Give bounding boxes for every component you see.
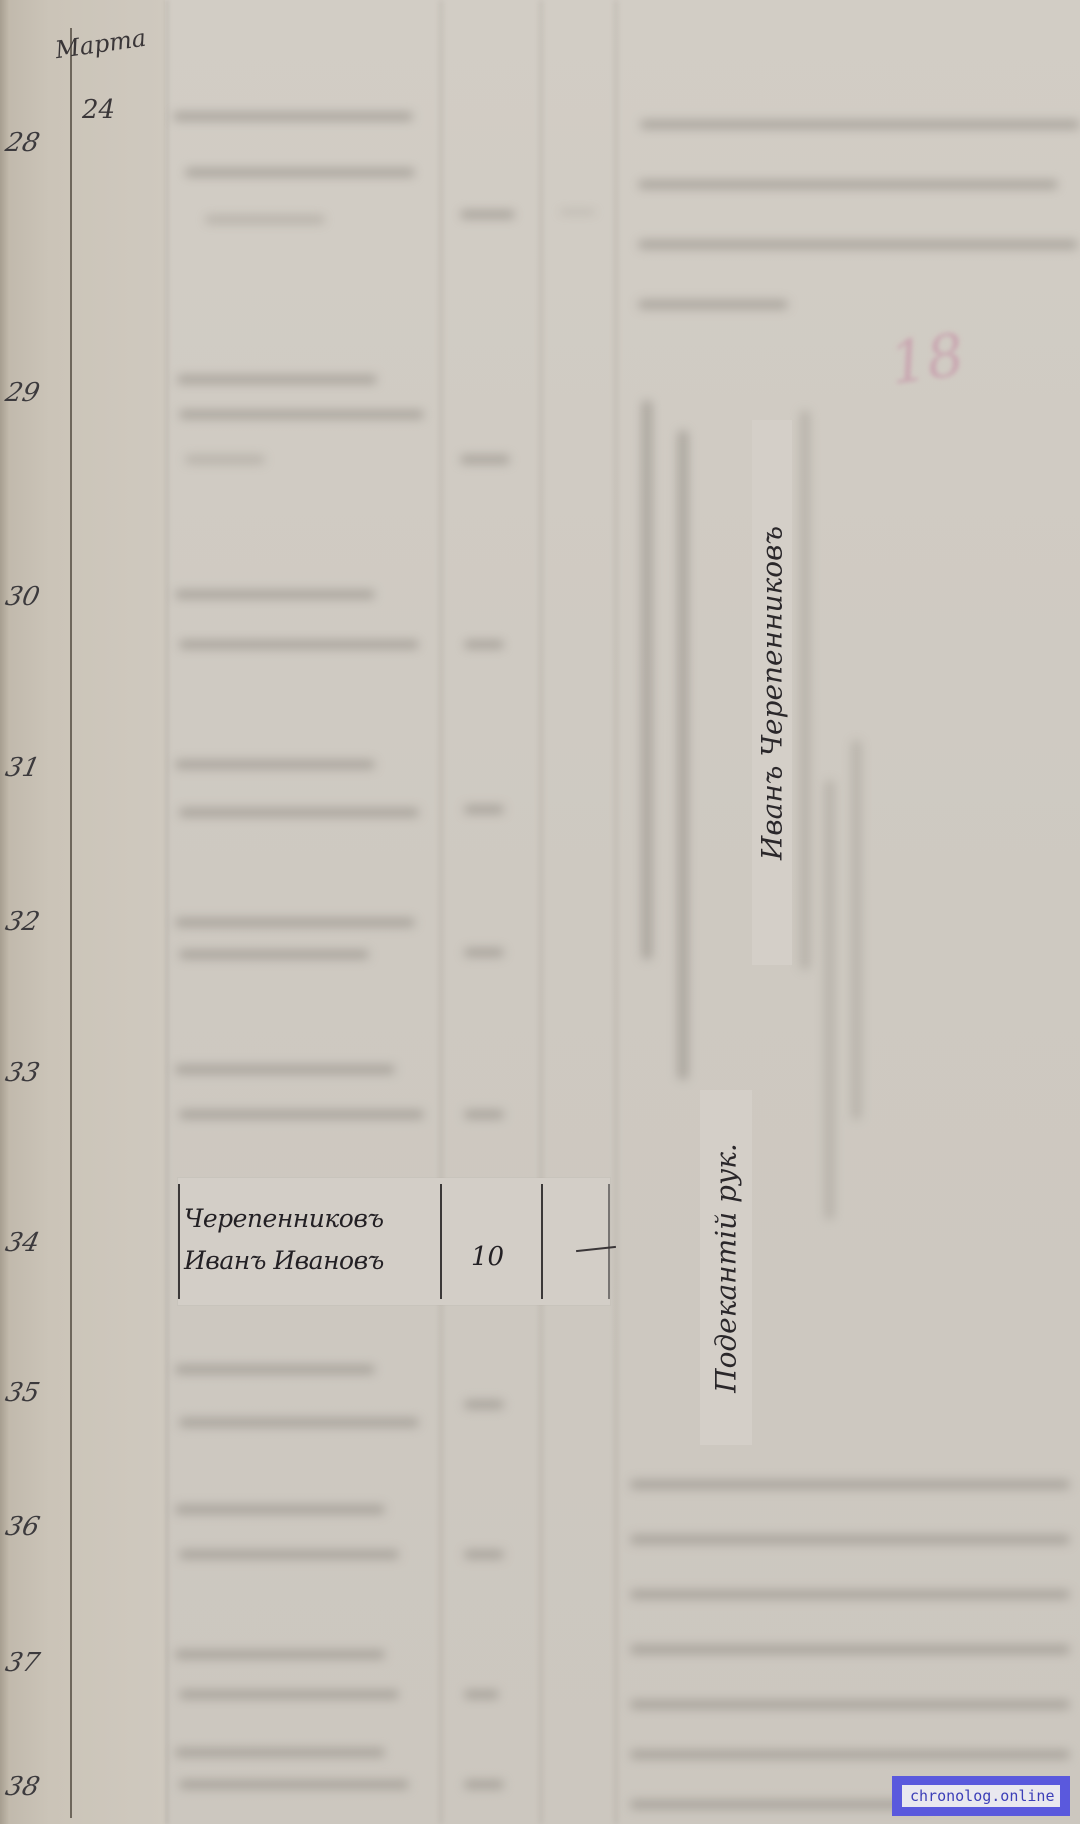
blurred-name-entries [165,0,440,1824]
entry-age: 10 [471,1242,504,1272]
row-number: 38 [3,1772,42,1802]
row-number: 36 [3,1512,42,1542]
row-number: 35 [3,1378,42,1408]
notes-column-rule [615,0,617,1824]
entry-dash-mark [576,1246,616,1252]
red-pencil-mark: 18 [886,320,969,398]
row-number: 37 [3,1648,42,1678]
vertical-annotation-name: Иванъ Черепенниковъ [752,420,792,965]
document-page: Марта 24 28 29 30 31 32 33 34 35 36 37 3… [0,0,1080,1824]
row-number: 30 [3,582,42,612]
vertical-annotation-signature: Подекантій рук. [700,1090,752,1445]
row-number: 33 [3,1058,42,1088]
blurred-age-entries [440,0,540,1824]
row-age-rule [440,1184,442,1299]
day-label: 24 [82,95,115,125]
watermark-badge: chronolog.online [892,1776,1070,1816]
entry-given-name: Иванъ Ивановъ [184,1246,384,1275]
blurred-dash-entries [540,0,615,1824]
blurred-notes [620,0,1080,1824]
row-dash-rule [541,1184,543,1299]
row-number: 34 [3,1228,42,1258]
row-right-rule [608,1184,610,1299]
entry-surname: Черепенниковъ [184,1204,384,1233]
focused-register-entry: Черепенниковъ Иванъ Ивановъ 10 [178,1178,610,1305]
watermark-text: chronolog.online [902,1785,1060,1807]
row-number: 29 [3,378,42,408]
margin-rule [70,28,72,1818]
vertical-annotation-signature-text: Подекантій рук. [710,1143,743,1393]
row-number: 31 [3,753,42,783]
vertical-annotation-name-text: Иванъ Черепенниковъ [756,525,789,859]
row-number: 28 [3,128,42,158]
row-left-rule [178,1184,180,1299]
row-number: 32 [3,907,42,937]
